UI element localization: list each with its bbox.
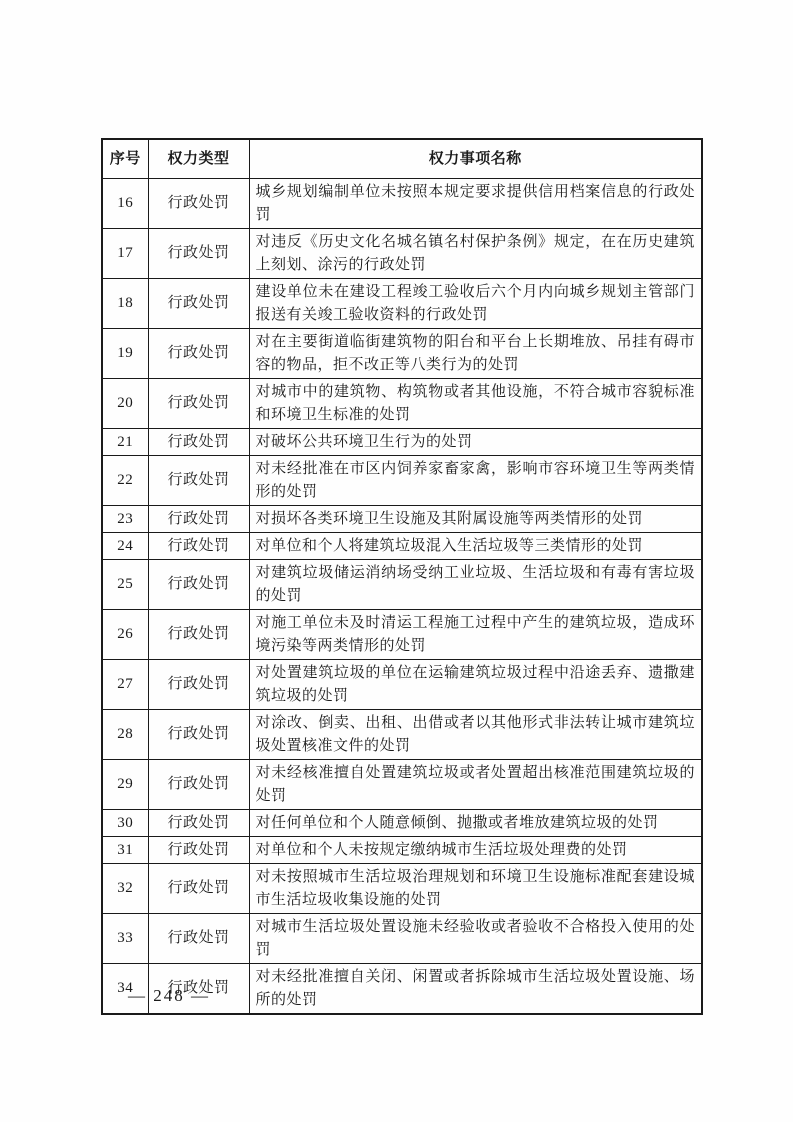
column-header-power-item-name: 权力事项名称 [249, 139, 702, 179]
table-row: 32 行政处罚 对未按照城市生活垃圾治理规划和环境卫生设施标准配套建设城市生活垃… [102, 864, 702, 914]
row-serial-number-cell: 24 [102, 533, 148, 560]
table-header-row: 序号 权力类型 权力事项名称 [102, 139, 702, 179]
table-row: 20 行政处罚 对城市中的建筑物、构筑物或者其他设施，不符合城市容貌标准和环境卫… [102, 379, 702, 429]
row-power-item-name-cell: 对单位和个人未按规定缴纳城市生活垃圾处理费的处罚 [249, 837, 702, 864]
row-power-item-name-cell: 对城市生活垃圾处置设施未经验收或者验收不合格投入使用的处罚 [249, 914, 702, 964]
row-power-item-name-cell: 城乡规划编制单位未按照本规定要求提供信用档案信息的行政处罚 [249, 179, 702, 229]
row-power-item-name-cell: 对涂改、倒卖、出租、出借或者以其他形式非法转让城市建筑垃圾处置核准文件的处罚 [249, 710, 702, 760]
row-power-type-cell: 行政处罚 [148, 533, 249, 560]
row-power-type-cell: 行政处罚 [148, 456, 249, 506]
row-power-type-cell: 行政处罚 [148, 329, 249, 379]
table-row: 16 行政处罚 城乡规划编制单位未按照本规定要求提供信用档案信息的行政处罚 [102, 179, 702, 229]
table-row: 24 行政处罚 对单位和个人将建筑垃圾混入生活垃圾等三类情形的处罚 [102, 533, 702, 560]
row-power-type-cell: 行政处罚 [148, 864, 249, 914]
row-power-item-name-cell: 对未经核准擅自处置建筑垃圾或者处置超出核准范围建筑垃圾的处罚 [249, 760, 702, 810]
table-row: 33 行政处罚 对城市生活垃圾处置设施未经验收或者验收不合格投入使用的处罚 [102, 914, 702, 964]
row-power-item-name-cell: 对施工单位未及时清运工程施工过程中产生的建筑垃圾，造成环境污染等两类情形的处罚 [249, 610, 702, 660]
row-power-type-cell: 行政处罚 [148, 279, 249, 329]
table-row: 21 行政处罚 对破坏公共环境卫生行为的处罚 [102, 429, 702, 456]
column-header-power-type: 权力类型 [148, 139, 249, 179]
table-row: 23 行政处罚 对损坏各类环境卫生设施及其附属设施等两类情形的处罚 [102, 506, 702, 533]
row-power-item-name-cell: 对未经批准擅自关闭、闲置或者拆除城市生活垃圾处置设施、场所的处罚 [249, 964, 702, 1015]
row-power-item-name-cell: 对未按照城市生活垃圾治理规划和环境卫生设施标准配套建设城市生活垃圾收集设施的处罚 [249, 864, 702, 914]
row-serial-number-cell: 20 [102, 379, 148, 429]
row-power-type-cell: 行政处罚 [148, 660, 249, 710]
table-row: 19 行政处罚 对在主要街道临街建筑物的阳台和平台上长期堆放、吊挂有碍市容的物品… [102, 329, 702, 379]
table-row: 30 行政处罚 对任何单位和个人随意倾倒、抛撒或者堆放建筑垃圾的处罚 [102, 810, 702, 837]
row-power-item-name-cell: 对违反《历史文化名城名镇名村保护条例》规定，在在历史建筑上刻划、涂污的行政处罚 [249, 229, 702, 279]
row-power-item-name-cell: 对任何单位和个人随意倾倒、抛撒或者堆放建筑垃圾的处罚 [249, 810, 702, 837]
row-power-item-name-cell: 建设单位未在建设工程竣工验收后六个月内向城乡规划主管部门报送有关竣工验收资料的行… [249, 279, 702, 329]
power-items-table: 序号 权力类型 权力事项名称 16 行政处罚 城乡规划编制单位未按照本规定要求提… [101, 138, 703, 1015]
row-power-type-cell: 行政处罚 [148, 710, 249, 760]
row-power-type-cell: 行政处罚 [148, 179, 249, 229]
row-serial-number-cell: 31 [102, 837, 148, 864]
row-power-type-cell: 行政处罚 [148, 810, 249, 837]
document-page: 序号 权力类型 权力事项名称 16 行政处罚 城乡规划编制单位未按照本规定要求提… [0, 0, 793, 1122]
column-header-serial-number: 序号 [102, 139, 148, 179]
table-row: 17 行政处罚 对违反《历史文化名城名镇名村保护条例》规定，在在历史建筑上刻划、… [102, 229, 702, 279]
row-power-item-name-cell: 对未经批准在市区内饲养家畜家禽，影响市容环境卫生等两类情形的处罚 [249, 456, 702, 506]
table-row: 25 行政处罚 对建筑垃圾储运消纳场受纳工业垃圾、生活垃圾和有毒有害垃圾的处罚 [102, 560, 702, 610]
row-serial-number-cell: 22 [102, 456, 148, 506]
row-power-item-name-cell: 对单位和个人将建筑垃圾混入生活垃圾等三类情形的处罚 [249, 533, 702, 560]
page-number: — 248 — [128, 986, 210, 1006]
row-serial-number-cell: 28 [102, 710, 148, 760]
table-row: 29 行政处罚 对未经核准擅自处置建筑垃圾或者处置超出核准范围建筑垃圾的处罚 [102, 760, 702, 810]
row-power-type-cell: 行政处罚 [148, 610, 249, 660]
row-serial-number-cell: 19 [102, 329, 148, 379]
row-power-type-cell: 行政处罚 [148, 837, 249, 864]
row-power-item-name-cell: 对城市中的建筑物、构筑物或者其他设施，不符合城市容貌标准和环境卫生标准的处罚 [249, 379, 702, 429]
row-serial-number-cell: 23 [102, 506, 148, 533]
row-power-item-name-cell: 对在主要街道临街建筑物的阳台和平台上长期堆放、吊挂有碍市容的物品，拒不改正等八类… [249, 329, 702, 379]
table-row: 26 行政处罚 对施工单位未及时清运工程施工过程中产生的建筑垃圾，造成环境污染等… [102, 610, 702, 660]
row-power-type-cell: 行政处罚 [148, 506, 249, 533]
row-serial-number-cell: 33 [102, 914, 148, 964]
row-power-item-name-cell: 对破坏公共环境卫生行为的处罚 [249, 429, 702, 456]
table-row: 31 行政处罚 对单位和个人未按规定缴纳城市生活垃圾处理费的处罚 [102, 837, 702, 864]
row-power-type-cell: 行政处罚 [148, 379, 249, 429]
row-serial-number-cell: 32 [102, 864, 148, 914]
row-serial-number-cell: 16 [102, 179, 148, 229]
row-serial-number-cell: 17 [102, 229, 148, 279]
row-power-type-cell: 行政处罚 [148, 229, 249, 279]
table-row: 18 行政处罚 建设单位未在建设工程竣工验收后六个月内向城乡规划主管部门报送有关… [102, 279, 702, 329]
table-row: 22 行政处罚 对未经批准在市区内饲养家畜家禽，影响市容环境卫生等两类情形的处罚 [102, 456, 702, 506]
row-serial-number-cell: 25 [102, 560, 148, 610]
row-serial-number-cell: 21 [102, 429, 148, 456]
row-serial-number-cell: 27 [102, 660, 148, 710]
row-power-type-cell: 行政处罚 [148, 760, 249, 810]
row-power-item-name-cell: 对处置建筑垃圾的单位在运输建筑垃圾过程中沿途丢弃、遗撒建筑垃圾的处罚 [249, 660, 702, 710]
row-power-item-name-cell: 对建筑垃圾储运消纳场受纳工业垃圾、生活垃圾和有毒有害垃圾的处罚 [249, 560, 702, 610]
row-serial-number-cell: 18 [102, 279, 148, 329]
row-power-type-cell: 行政处罚 [148, 560, 249, 610]
table-body: 16 行政处罚 城乡规划编制单位未按照本规定要求提供信用档案信息的行政处罚 17… [102, 179, 702, 1015]
row-power-type-cell: 行政处罚 [148, 914, 249, 964]
row-serial-number-cell: 26 [102, 610, 148, 660]
row-serial-number-cell: 30 [102, 810, 148, 837]
table-row: 27 行政处罚 对处置建筑垃圾的单位在运输建筑垃圾过程中沿途丢弃、遗撒建筑垃圾的… [102, 660, 702, 710]
table-row: 28 行政处罚 对涂改、倒卖、出租、出借或者以其他形式非法转让城市建筑垃圾处置核… [102, 710, 702, 760]
row-power-item-name-cell: 对损坏各类环境卫生设施及其附属设施等两类情形的处罚 [249, 506, 702, 533]
row-power-type-cell: 行政处罚 [148, 429, 249, 456]
row-serial-number-cell: 29 [102, 760, 148, 810]
